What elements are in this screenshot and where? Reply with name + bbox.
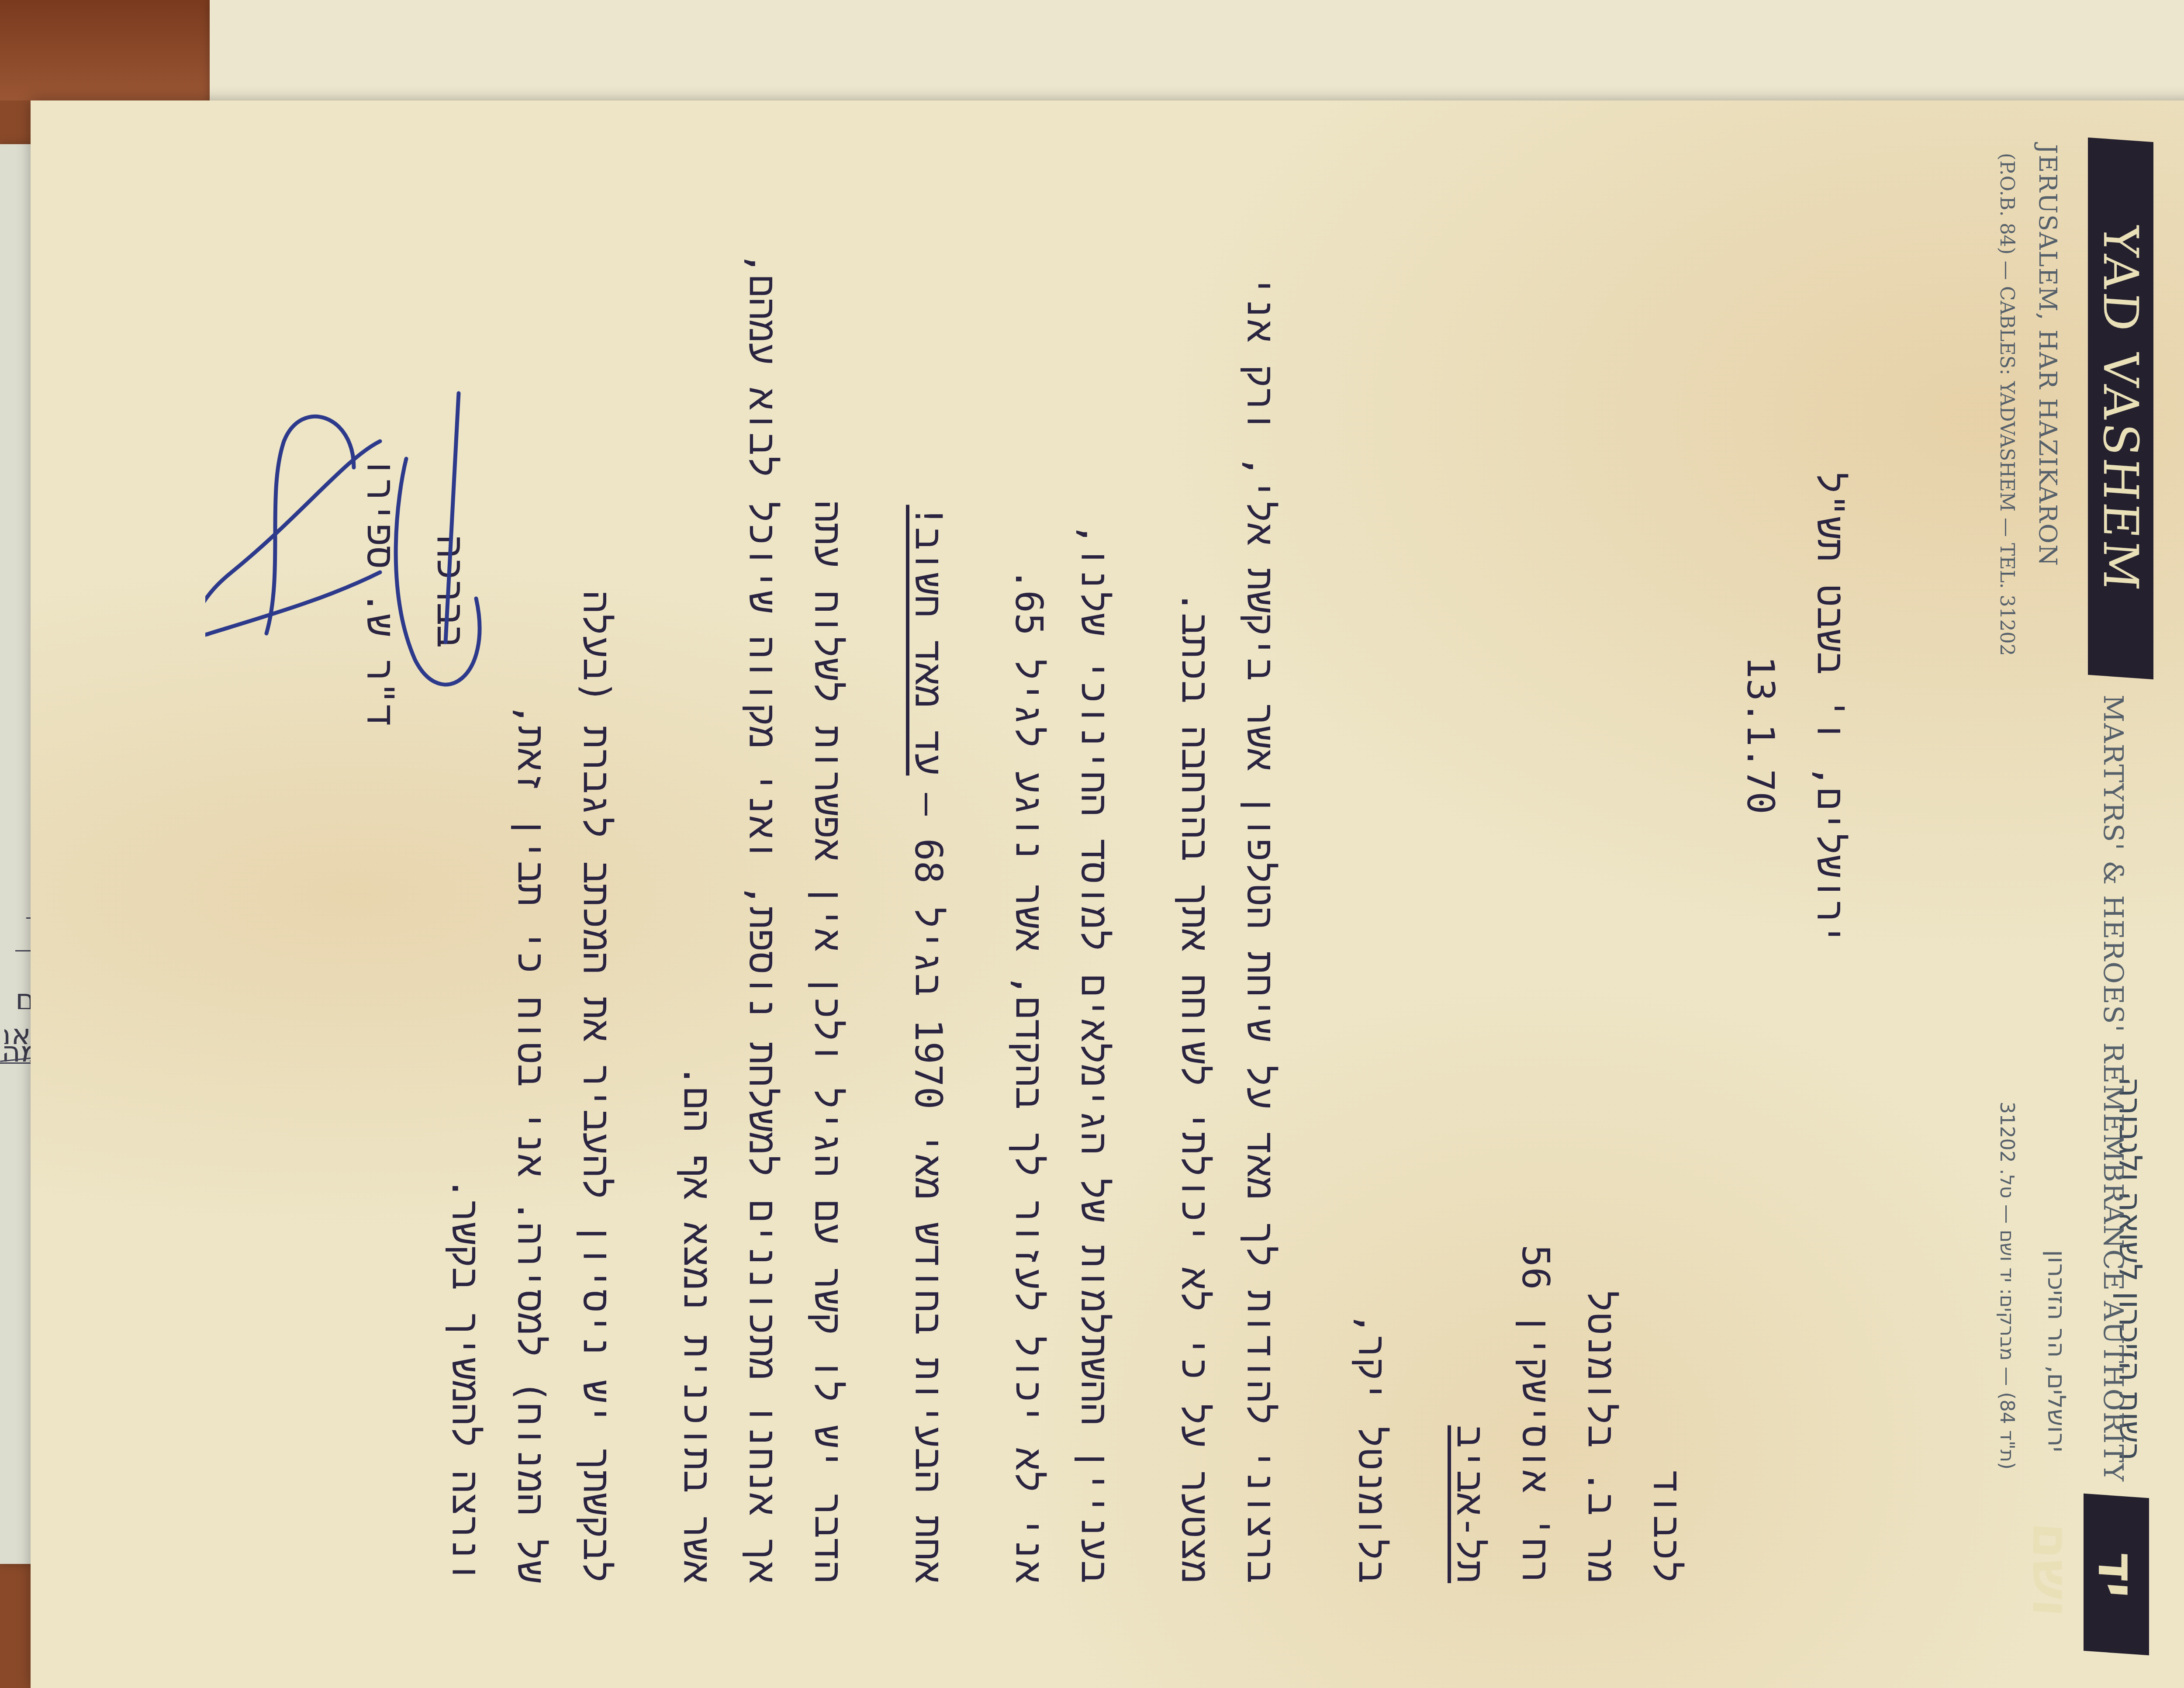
body-line: מצטער על כי לא יכולתי לשוחח אתך בהרחבה ב… [1162,185,1227,1583]
recipient-city: תל-אביב [1437,1245,1503,1583]
recipient-name: מר ב. בלומנטל [1568,1245,1634,1583]
org-name-english: MARTYRS' & HEROES' REMEMBRANCE AUTHORITY [2098,695,2129,1482]
body-line: אחת הבעיות בחודש מאי 1970 בגיל 68 — [895,793,961,1583]
logo-hebrew: יד ושם [2084,1494,2149,1655]
body-line: לבקשתך יש ניסיון להעביר את המכתב לגברת (… [563,185,629,1583]
body-line: בעניין ההשתלמות של הגימלאים למוסד החינוכ… [1061,185,1127,1583]
org-contact-english: (P.O.B. 84) — CABLES: YADVASHEM — TEL. 3… [1996,153,2018,656]
place-date-hebrew: ירושלים, ו' בשבט תש"ל [1806,471,1852,945]
body-line: אשר בתוכנית נמצא אף הם. [664,185,729,1583]
letter-page: יד ושם YAD VASHEM רשות הזיכרון לשואה ולג… [31,100,2184,1688]
table-surface [0,0,236,100]
org-city-english: JERUSALEM, HAR HAZIKARON [2033,144,2062,567]
org-contact-hebrew: (ת"ד 84) — מברקים: יד ושם — טל. 31202 [1996,1102,2018,1470]
salutation: בלומנטל יקר, [1348,1312,1393,1583]
letter-date: 13.1.70 [1738,656,1782,814]
recipient-address: לכבוד מר ב. בלומנטל רח' אוסישקין 56 תל-א… [1437,1245,1699,1583]
logo-english: YAD VASHEM [2088,138,2153,679]
letter-photo: יד ושם YAD VASHEM רשות הזיכרון לשואה ולג… [31,100,2184,1688]
handwritten-signature [205,328,511,721]
body-line: הדבר יש לו קשר עם הגיל ולכן אין אפשרות ל… [795,185,860,1583]
org-city-hebrew: ירושלים, הר הזיכרון [2042,1250,2070,1452]
recipient-street: רח' אוסישקין 56 [1503,1245,1568,1583]
body-line: אך אנחנו מתכוננים למשלחת נוספת, ואני מקו… [729,185,795,1583]
body-line: ברצוני להודות לך מאד על שיחת הטלפון אשר … [1227,185,1293,1583]
recipient-prefix: לכבוד [1634,1245,1699,1583]
body-line: אני לא יכול לעזור לך בהקדם, אשר נוגע לגי… [996,185,1061,1583]
emphasized-phrase: עד מאד חשוב! [895,505,961,776]
letter-body: ברצוני להודות לך מאד על שיחת הטלפון אשר … [432,185,1293,1583]
